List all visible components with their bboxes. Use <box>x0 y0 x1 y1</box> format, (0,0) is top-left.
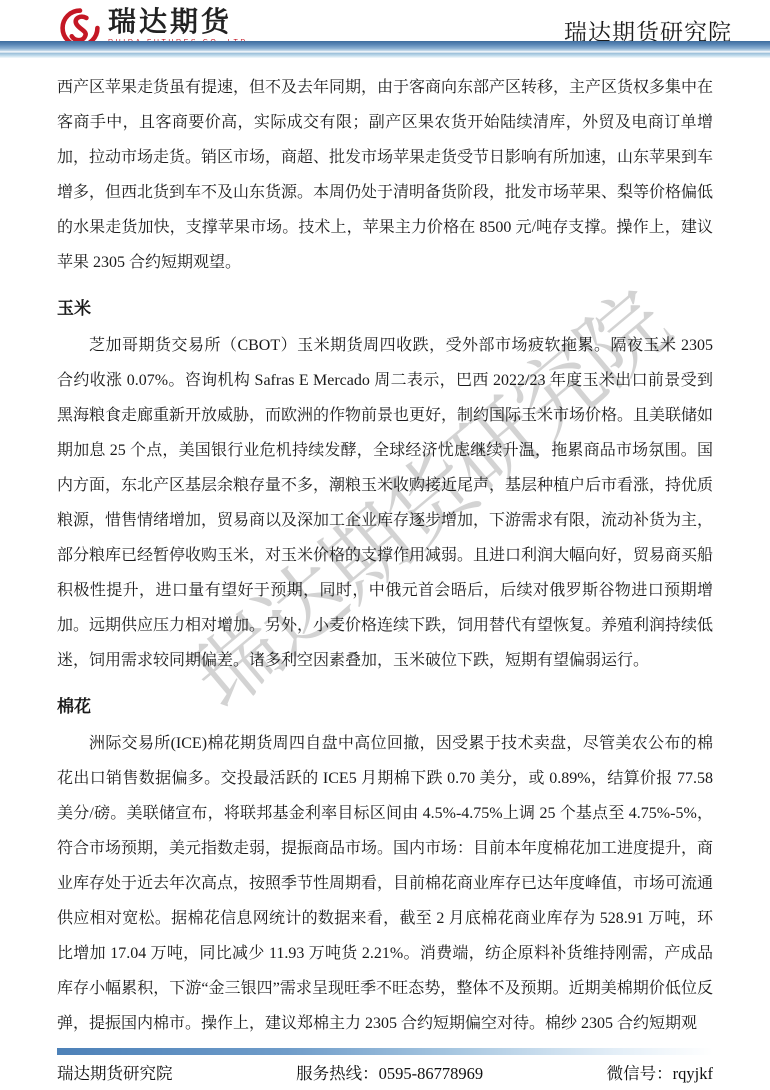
paragraph-cotton: 洲际交易所(ICE)棉花期货周四自盘中高位回撤，因受累于技术卖盘，尽管美农公布的… <box>57 726 713 1041</box>
footer: 瑞达期货研究院 服务热线：0595-86778969 微信号：rqyjkf <box>57 1060 713 1084</box>
footer-hotline: 服务热线：0595-86778969 <box>296 1060 483 1084</box>
report-body: 西产区苹果走货虽有提速，但不及去年同期，由于客商向东部产区转移，主产区货权多集中… <box>57 70 713 1041</box>
report-page: 瑞达期货 RUIDA FUTURES CO.,LTD. 瑞达期货研究院 瑞达期货… <box>0 0 770 1090</box>
footer-divider-bar <box>57 1048 713 1055</box>
paragraph-corn: 芝加哥期货交易所（CBOT）玉米期货周四收跌，受外部市场疲软拖累。隔夜玉米 23… <box>57 328 713 678</box>
section-heading-cotton: 棉花 <box>57 692 713 722</box>
section-heading-corn: 玉米 <box>57 294 713 324</box>
paragraph-apple: 西产区苹果走货虽有提速，但不及去年同期，由于客商向东部产区转移，主产区货权多集中… <box>57 70 713 280</box>
logo-company-name: 瑞达期货 <box>108 6 253 38</box>
footer-wechat-id: 微信号：rqyjkf <box>607 1060 713 1084</box>
logo-text-block: 瑞达期货 RUIDA FUTURES CO.,LTD. <box>108 6 253 46</box>
header-divider-bar <box>0 41 770 58</box>
footer-org-name: 瑞达期货研究院 <box>57 1060 173 1084</box>
